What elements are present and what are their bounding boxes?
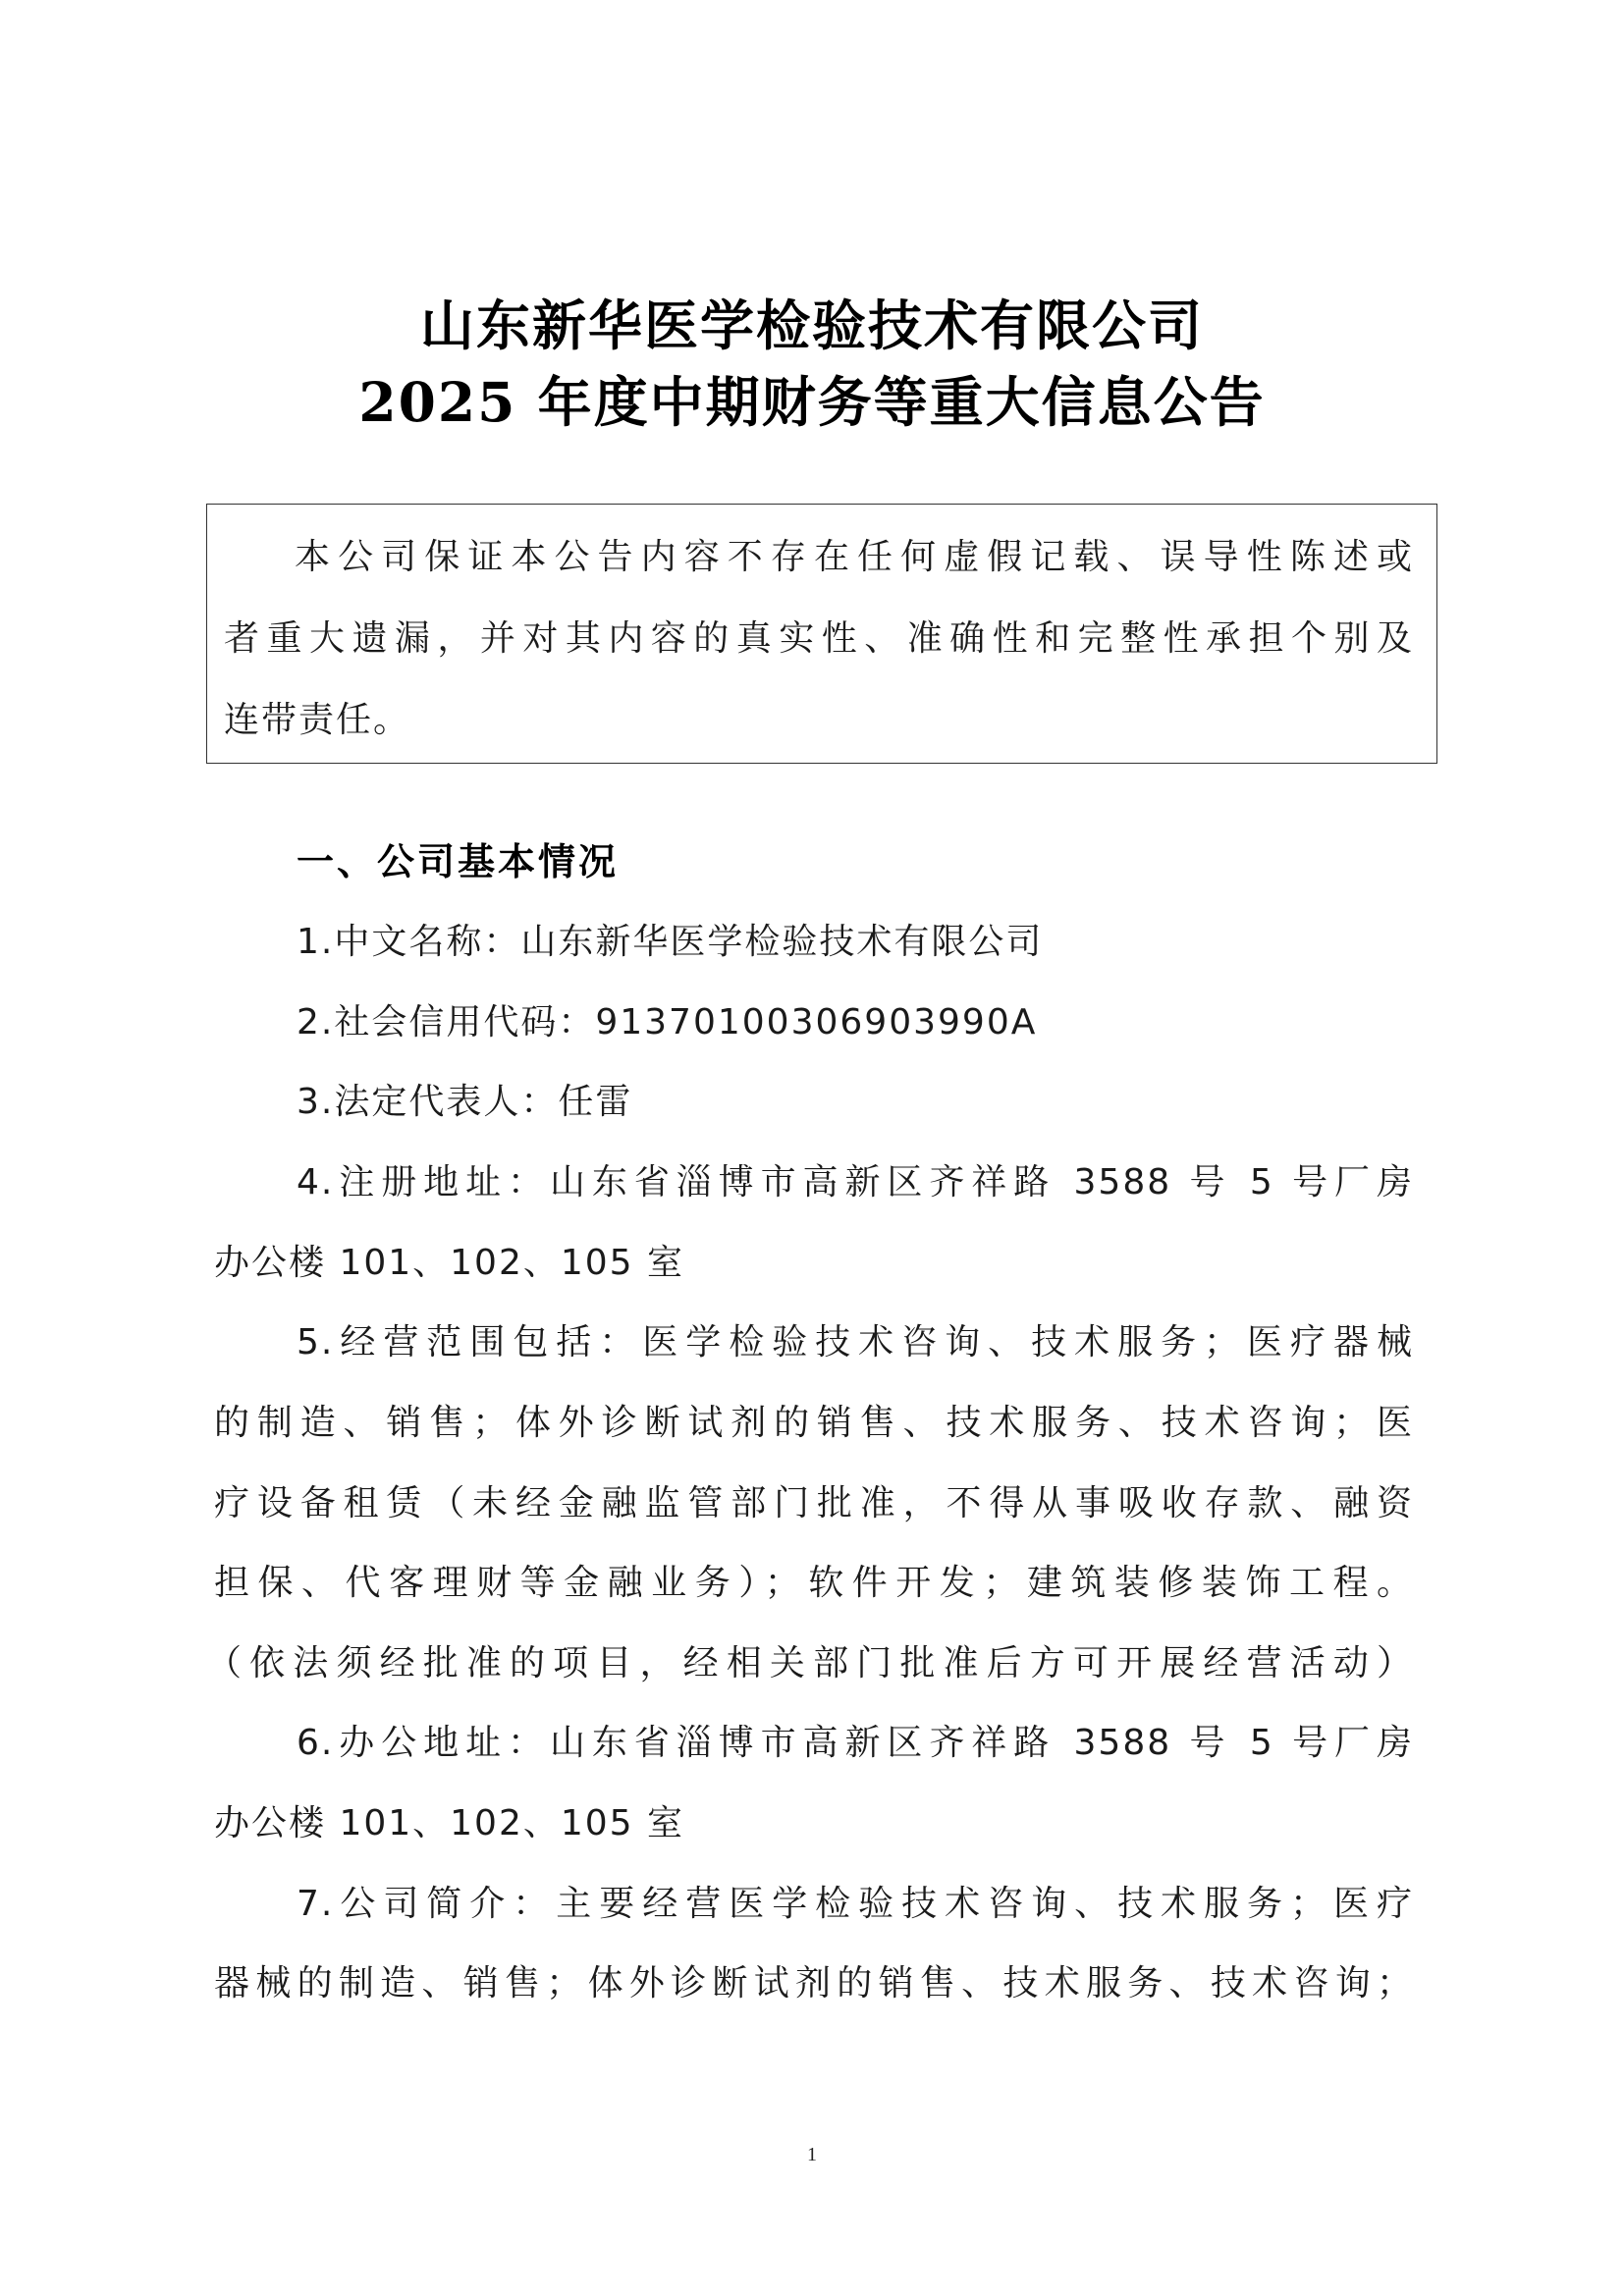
document-page: 山东新华医学检验技术有限公司 2025 年度中期财务等重大信息公告 本公司保证本… (0, 0, 1624, 2296)
info-business-scope-cont-3: 担保、代客理财等金融业务）；软件开发；建筑装修装饰工程。 (214, 1562, 1414, 1605)
info-credit-code: 2.社会信用代码：91370100306903990A (297, 1001, 1037, 1044)
info-business-scope: 5.经营范围包括：医学检验技术咨询、技术服务；医疗器械 (297, 1321, 1414, 1364)
info-business-scope-cont-4: （依法须经批准的项目，经相关部门批准后方可开展经营活动） (206, 1642, 1414, 1685)
info-business-scope-cont-1: 的制造、销售；体外诊断试剂的销售、技术服务、技术咨询；医 (214, 1402, 1414, 1445)
page-number: 1 (0, 2144, 1624, 2166)
disclaimer-line-3: 连带责任。 (224, 699, 410, 742)
info-business-scope-cont-2: 疗设备租赁（未经金融监管部门批准，不得从事吸收存款、融资 (214, 1482, 1414, 1525)
info-registered-address: 4.注册地址：山东省淄博市高新区齐祥路 3588 号 5 号厂房 (297, 1161, 1414, 1204)
disclaimer-line-2: 者重大遗漏，并对其内容的真实性、准确性和完整性承担个别及 (224, 617, 1414, 661)
document-title-line-2: 2025 年度中期财务等重大信息公告 (0, 363, 1624, 442)
info-legal-representative: 3.法定代表人：任雷 (297, 1081, 632, 1124)
info-company-profile: 7.公司简介：主要经营医学检验技术咨询、技术服务；医疗 (297, 1883, 1414, 1926)
info-chinese-name: 1.中文名称：山东新华医学检验技术有限公司 (297, 921, 1043, 964)
section-heading-company-basics: 一、公司基本情况 (297, 840, 619, 883)
info-company-profile-cont: 器械的制造、销售；体外诊断试剂的销售、技术服务、技术咨询； (214, 1962, 1414, 2005)
document-title-line-1: 山东新华医学检验技术有限公司 (0, 287, 1624, 365)
info-office-address-cont: 办公楼 101、102、105 室 (214, 1802, 684, 1845)
disclaimer-line-1: 本公司保证本公告内容不存在任何虚假记载、误导性陈述或 (295, 536, 1414, 579)
info-registered-address-cont: 办公楼 101、102、105 室 (214, 1242, 684, 1285)
info-office-address: 6.办公地址：山东省淄博市高新区齐祥路 3588 号 5 号厂房 (297, 1722, 1414, 1765)
